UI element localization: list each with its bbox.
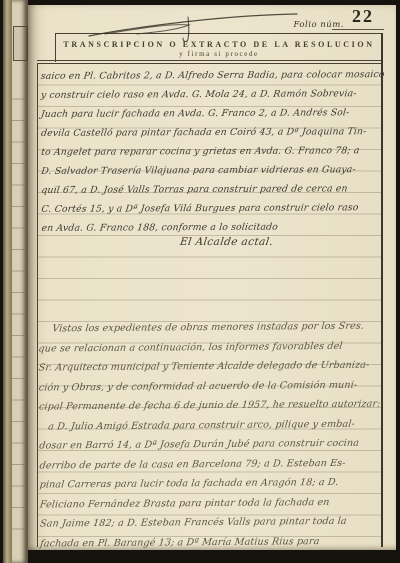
resolution-text-block-2: Vistos los expedientes de obras menores … [37, 316, 389, 553]
header-bottom-border [37, 60, 383, 61]
header-title: TRANSCRIPCION O EXTRACTO DE LA RESOLUCIO… [55, 40, 383, 49]
header-subtitle: y firma si procede [55, 50, 383, 58]
handwritten-line: fachada en Pl. Barangé 13; a Dª María Ma… [39, 531, 391, 554]
handwritten-line: C. Cortés 15, y a Dª Josefa Vilá Burgues… [40, 198, 390, 219]
folio-underline [332, 29, 384, 30]
resolution-text-block-1: saico en Pl. Cabritos 2, a D. Alfredo Se… [40, 65, 389, 238]
book-spine-edge [3, 0, 12, 563]
scanned-document: Folio núm. 22 TRANSCRIPCION O EXTRACTO D… [0, 0, 400, 563]
facing-page-box-fragment [13, 26, 28, 61]
pen-stroke-icon [85, 8, 317, 44]
handwritten-line: en Avda. G. Franco 188, conforme a lo so… [40, 217, 390, 238]
handwritten-line: D. Salvador Trasería Vilajuana para camb… [40, 160, 390, 181]
header-bottom-border-2 [37, 63, 383, 64]
handwritten-line: pinal Carreras para lucir toda la fachad… [39, 472, 391, 495]
handwritten-line: y construir cielo raso en Avda. G. Mola … [40, 84, 390, 105]
signature-line: El Alcalde actal. [179, 236, 274, 248]
folio-number: 22 [352, 6, 374, 27]
handwritten-line: devila Castelló para pintar fachada en C… [40, 122, 390, 143]
handwritten-line: Vistos los expedientes de obras menores … [37, 316, 389, 339]
handwritten-line: Juach para lucir fachada en Avda. G. Fra… [40, 103, 390, 124]
handwritten-line: saico en Pl. Cabritos 2, a D. Alfredo Se… [40, 65, 390, 86]
handwritten-line: dosar en Barró 14, a Dª Josefa Durán Jub… [38, 433, 390, 456]
handwritten-line: Sr. Arquitecto municipal y Teniente Alca… [37, 355, 389, 378]
handwritten-line: to Angelet para reparar cocina y grietas… [40, 141, 390, 162]
facing-page-ruling [12, 78, 28, 538]
facing-page-sliver [12, 0, 28, 563]
handwritten-line: cipal Permanente de fecha 6 de junio de … [38, 394, 390, 417]
register-page: Folio núm. 22 TRANSCRIPCION O EXTRACTO D… [28, 5, 396, 550]
handwritten-line: San Jaime 182; a D. Esteban Francés Vall… [39, 511, 391, 534]
printed-header: TRANSCRIPCION O EXTRACTO DE LA RESOLUCIO… [55, 40, 383, 58]
handwritten-line: quil 67, a D. José Valls Torras para con… [40, 179, 390, 200]
